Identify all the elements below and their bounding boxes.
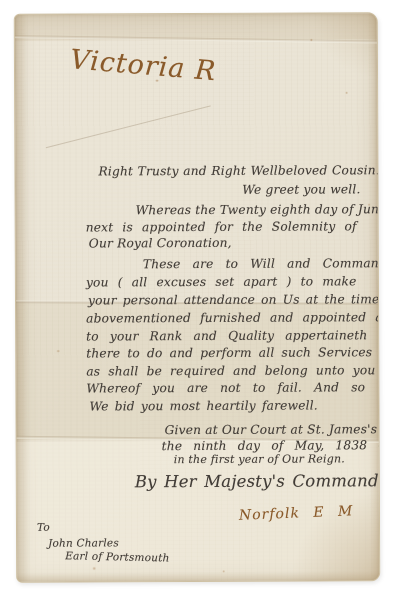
command-line: By Her Majesty's Command. xyxy=(135,471,380,491)
letter-line: to your Rank and Quality appertaineth xyxy=(86,328,367,343)
addressee: To John Charles Earl of Portsmouth xyxy=(15,13,377,15)
dateline-line: in the first year of Our Reign. xyxy=(174,452,345,466)
countersignature: Norfolk E M xyxy=(239,503,354,523)
foxing-spot xyxy=(222,570,225,573)
letter-line: Our Royal Coronation, xyxy=(89,236,232,251)
letter-body: Right Trusty and Right Wellbeloved Cousi… xyxy=(15,13,377,15)
letter-line: Whereof you are not to fail. And so xyxy=(86,380,365,395)
top-right-corner-shading xyxy=(307,13,377,83)
document-photo: Victoria R Right Trusty and Right Wellbe… xyxy=(0,0,395,600)
bottom-right-corner-shading xyxy=(284,485,379,580)
fold-crease-top xyxy=(14,35,380,44)
dateline-line: Given at Our Court at St. James's xyxy=(165,422,378,437)
bottom-edge-shading xyxy=(17,571,379,582)
letter-line: Whereas the Twenty eighth day of June xyxy=(136,202,381,217)
scratch-mark xyxy=(46,105,211,148)
letter-line: your personal attendance on Us at the ti… xyxy=(88,292,379,307)
letter-line: Right Trusty and Right Wellbeloved Cousi… xyxy=(98,163,379,178)
letter-line: These are to Will and Command xyxy=(143,256,380,271)
letter-line: there to do and perform all such Service… xyxy=(86,345,372,360)
foxing-spot xyxy=(56,350,60,353)
aging-tint-top xyxy=(15,13,377,41)
letter-line: We greet you well. xyxy=(242,182,360,197)
letter-line: you ( all excuses set apart ) to make xyxy=(86,274,357,289)
paper-sheet: Victoria R Right Trusty and Right Wellbe… xyxy=(14,12,380,583)
letter-line: as shall be required and belong unto you xyxy=(86,363,375,378)
foxing-spot xyxy=(92,566,96,570)
foxing-spot xyxy=(345,91,348,94)
letter-line: next is appointed for the Solemnity of xyxy=(86,219,357,234)
left-fold-shading xyxy=(15,15,30,582)
dateline-line: the ninth day of May, 1838 — xyxy=(162,438,381,453)
letter-line: We bid you most heartily farewell. xyxy=(89,398,317,413)
addressee-line: Earl of Portsmouth xyxy=(65,550,170,564)
letter-line: abovementioned furnished and appointed a… xyxy=(86,310,380,325)
dateline: Given at Our Court at St. James's the ni… xyxy=(15,13,377,15)
addressee-line: To xyxy=(37,522,50,534)
foxing-spot xyxy=(310,38,313,41)
royal-signature: Victoria R xyxy=(69,44,218,87)
addressee-line: John Charles xyxy=(48,537,119,549)
